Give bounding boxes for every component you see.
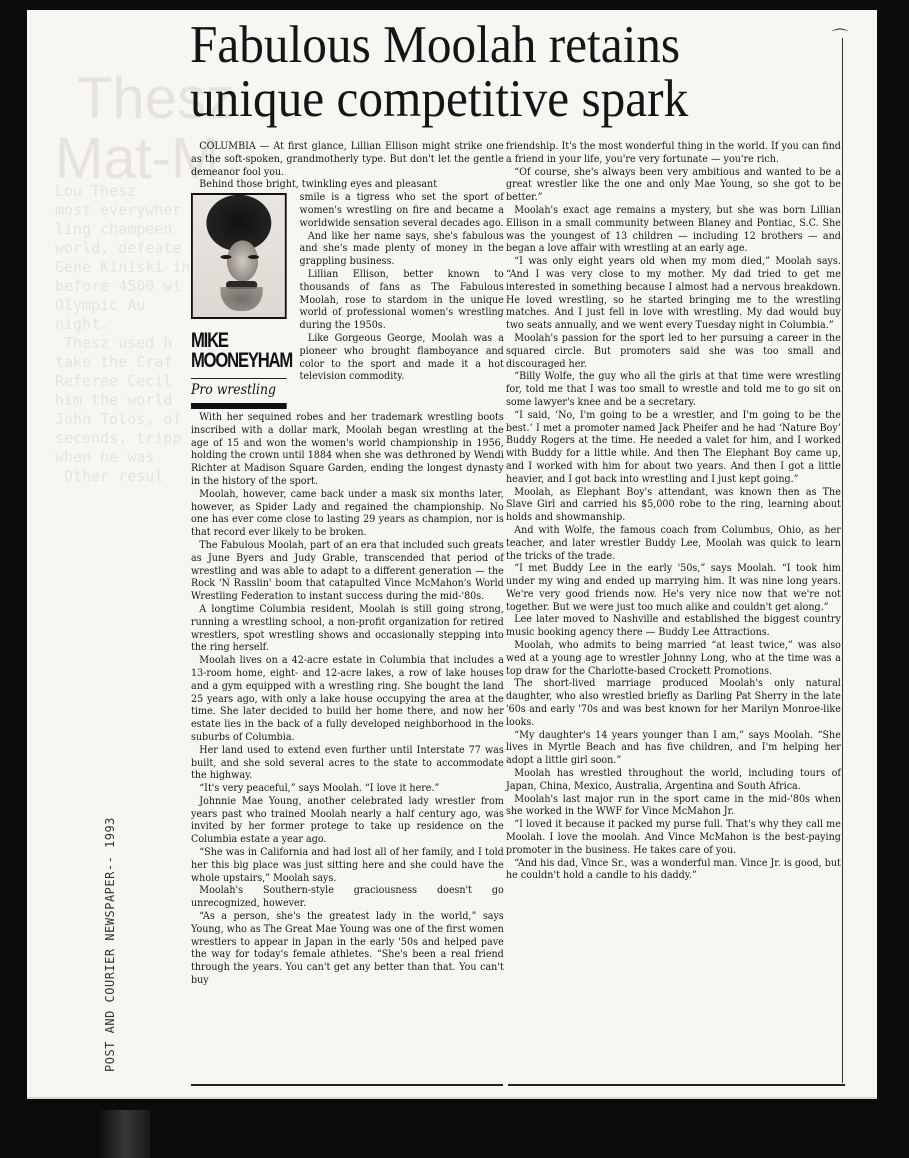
article-paragraph: “She was in California and had lost all … bbox=[191, 846, 504, 884]
photo-beard bbox=[220, 287, 262, 311]
headline: Fabulous Moolah retains unique competiti… bbox=[190, 18, 785, 126]
article-paragraph: Moolah's last major run in the sport cam… bbox=[506, 793, 841, 819]
article-paragraph: With her sequined robes and her trademar… bbox=[191, 411, 504, 488]
headline-line-2: unique competitive spark bbox=[190, 70, 688, 128]
article-column-right: friendship. It's the most wonderful thin… bbox=[506, 140, 841, 882]
bleedthrough-body: Lou Thesz most everywher ling champeen w… bbox=[55, 182, 190, 486]
article-paragraph: “I met Buddy Lee in the early '50s,” say… bbox=[506, 562, 841, 613]
article-paragraph: The Fabulous Moolah, part of an era that… bbox=[191, 539, 504, 603]
handwritten-underline bbox=[191, 1084, 503, 1086]
article-paragraph: “I said, ‘No, I'm going to be a wrestler… bbox=[506, 409, 841, 486]
pen-mark-icon: ⌒ bbox=[832, 24, 848, 47]
article-paragraph: Moolah, as Elephant Boy's attendant, was… bbox=[506, 486, 841, 524]
article-paragraph: A longtime Columbia resident, Moolah is … bbox=[191, 603, 504, 654]
article-paragraph: And with Wolfe, the famous coach from Co… bbox=[506, 524, 841, 562]
article-paragraph: Moolah, who admits to being married “at … bbox=[506, 639, 841, 677]
article-column-left: COLUMBIA — At first glance, Lillian Elli… bbox=[191, 140, 504, 987]
handwritten-underline bbox=[508, 1084, 845, 1086]
article-paragraph: “As a person, she's the greatest lady in… bbox=[191, 910, 504, 987]
article-paragraph: “I was only eight years old when my mom … bbox=[506, 255, 841, 332]
byline-box: MIKE MOONEYHAM Pro wrestling bbox=[191, 193, 290, 409]
article-paragraph: Moolah lives on a 42-acre estate in Colu… bbox=[191, 654, 504, 744]
article-paragraph: Behind those bright, twinkling eyes and … bbox=[191, 178, 504, 191]
photo-eye bbox=[220, 255, 231, 259]
article-paragraph: COLUMBIA — At first glance, Lillian Elli… bbox=[191, 140, 504, 178]
author-beat: Pro wrestling bbox=[191, 384, 290, 397]
source-credit: POST AND COURIER NEWSPAPER-- 1993 bbox=[103, 817, 117, 1072]
article-paragraph: Her land used to extend even further unt… bbox=[191, 744, 504, 782]
article-paragraph: Moolah's Southern-style graciousness doe… bbox=[191, 884, 504, 910]
article-paragraph: Johnnie Mae Young, another celebrated la… bbox=[191, 795, 504, 846]
article-paragraph: Moolah, however, came back under a mask … bbox=[191, 488, 504, 539]
article-paragraph: “Of course, she's always been very ambit… bbox=[506, 166, 841, 204]
article-paragraph: The short-lived marriage produced Moolah… bbox=[506, 677, 841, 728]
background-shadow bbox=[100, 1110, 150, 1158]
photo-eye bbox=[248, 255, 259, 259]
article-paragraph: Moolah's passion for the sport led to he… bbox=[506, 332, 841, 370]
byline-bar bbox=[191, 403, 287, 409]
author-photo bbox=[191, 193, 287, 319]
article-paragraph: friendship. It's the most wonderful thin… bbox=[506, 140, 841, 166]
article-paragraph: Moolah's exact age remains a mystery, bu… bbox=[506, 204, 841, 255]
byline-divider bbox=[191, 378, 287, 379]
article-paragraph: “I loved it because it packed my purse f… bbox=[506, 818, 841, 856]
article-paragraph: “And his dad, Vince Sr., was a wonderful… bbox=[506, 857, 841, 883]
article-paragraph: “It's very peaceful,” says Moolah. “I lo… bbox=[191, 782, 504, 795]
article-paragraph: “My daughter's 14 years younger than I a… bbox=[506, 729, 841, 767]
article-paragraph: “Billy Wolfe, the guy who all the girls … bbox=[506, 370, 841, 408]
article-paragraph: Lee later moved to Nashville and establi… bbox=[506, 613, 841, 639]
author-name: MIKE MOONEYHAM bbox=[191, 331, 276, 371]
article-paragraph: Moolah has wrestled throughout the world… bbox=[506, 767, 841, 793]
headline-line-1: Fabulous Moolah retains bbox=[190, 16, 680, 74]
column-border bbox=[842, 38, 843, 1083]
